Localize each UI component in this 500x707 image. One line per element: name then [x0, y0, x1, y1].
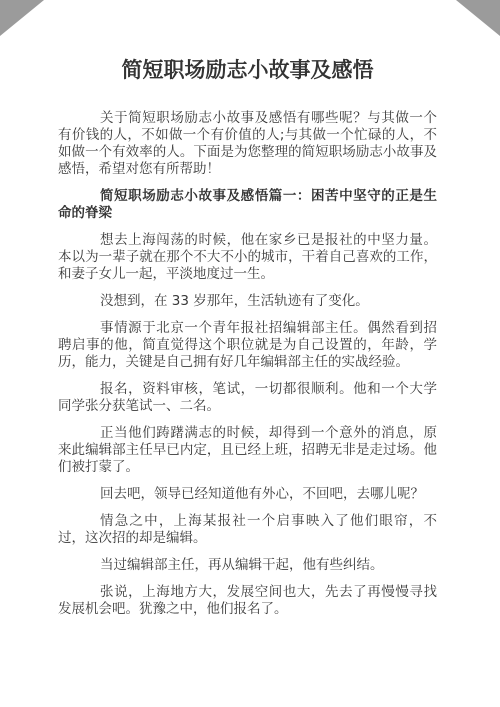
document-page: { "colors": { "page_background": "#fffff… — [0, 0, 500, 707]
story-paragraph-1: 想去上海闯荡的时候，他在家乡已是报社的中坚力量。本以为一辈子就在那个不大不小的城… — [58, 232, 437, 283]
story-paragraph-4: 报名，资料审核，笔试，一切都很顺利。他和一个大学同学张分获笔试一、二名。 — [58, 381, 437, 415]
document-title: 简短职场励志小故事及感悟 — [58, 57, 437, 83]
intro-paragraph: 关于简短职场励志小故事及感悟有哪些呢？与其做一个有价钱的人，不如做一个有价值的人… — [58, 110, 437, 178]
story-paragraph-3: 事情源于北京一个青年报社招编辑部主任。偶然看到招聘启事的他，简直觉得这个职位就是… — [58, 320, 437, 371]
story-paragraph-7: 情急之中，上海某报社一个启事映入了他们眼帘，不过，这次招的却是编辑。 — [58, 513, 437, 547]
page: 简短职场励志小故事及感悟 关于简短职场励志小故事及感悟有哪些呢？与其做一个有价钱… — [0, 0, 500, 707]
story-paragraph-6: 回去吧，领导已经知道他有外心，不回吧，去哪儿呢？ — [58, 486, 437, 503]
document-content: 简短职场励志小故事及感悟 关于简短职场励志小故事及感悟有哪些呢？与其做一个有价钱… — [0, 0, 500, 618]
story-paragraph-5: 正当他们踌躇满志的时候，却得到一个意外的消息，原来此编辑部主任早已内定，且已经上… — [58, 425, 437, 476]
story-section-heading: 简短职场励志小故事及感悟篇一：困苦中坚守的正是生命的脊梁 — [58, 188, 437, 222]
story-paragraph-2: 没想到，在 33 岁那年，生活轨迹有了变化。 — [58, 293, 437, 310]
story-paragraph-9: 张说，上海地方大，发展空间也大，先去了再慢慢寻找发展机会吧。犹豫之中，他们报名了… — [58, 584, 437, 618]
story-paragraph-8: 当过编辑部主任，再从编辑干起，他有些纠结。 — [58, 557, 437, 574]
